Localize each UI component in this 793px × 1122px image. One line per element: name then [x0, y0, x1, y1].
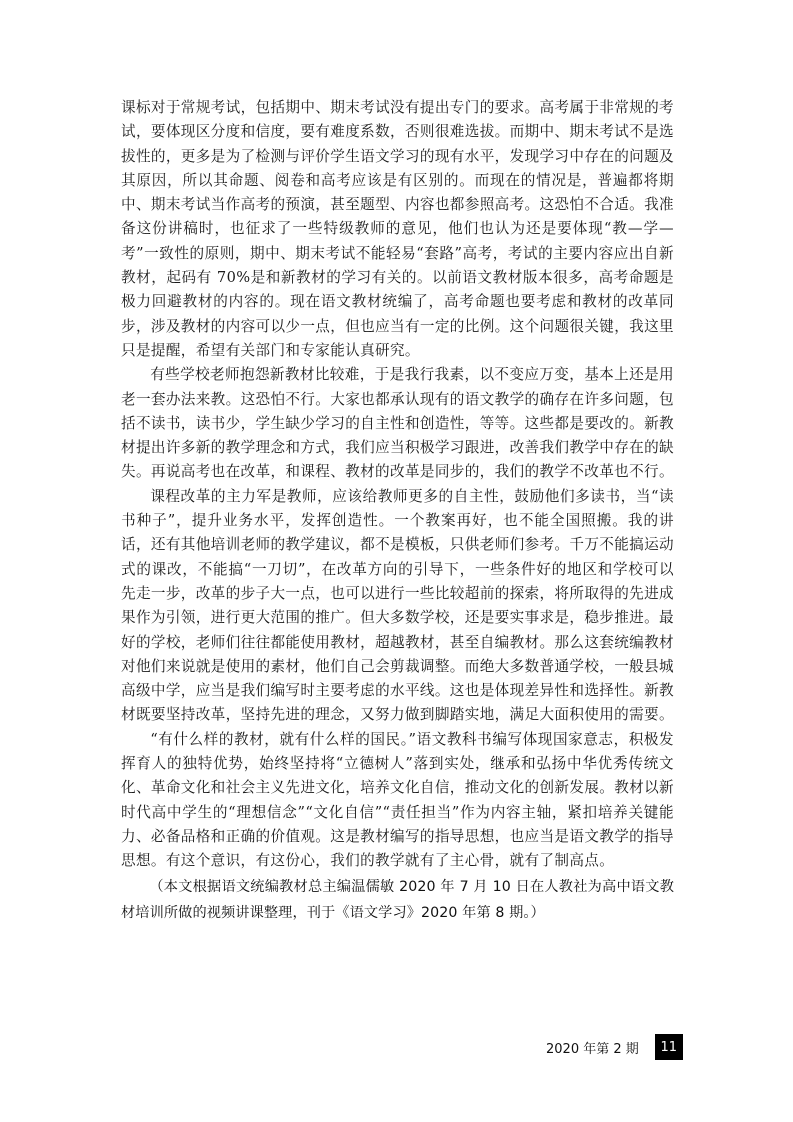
paragraph-teacher-autonomy: 课程改革的主力军是教师，应该给教师更多的自主性，鼓励他们多读书，当“读书种子”，… [121, 485, 674, 728]
paragraph-exam-requirements: 课标对于常规考试，包括期中、期末考试没有提出专门的要求。高考属于非常规的考试，要… [121, 96, 674, 363]
article-body: 课标对于常规考试，包括期中、期末考试没有提出专门的要求。高考属于非常规的考试，要… [121, 96, 674, 926]
issue-label: 2020 年第 2 期 [546, 1038, 639, 1057]
source-note: （本文根据语文统编教材总主编温儒敏 2020 年 7 月 10 日在人教社为高中… [121, 874, 674, 926]
paragraph-new-textbook-difficulty: 有些学校老师抱怨新教材比较难，于是我行我素，以不变应万变，基本上还是用老一套办法… [121, 363, 674, 484]
paragraph-guiding-ideology: “有什么样的教材，就有什么样的国民。”语文教科书编写体现国家意志，积极发挥育人的… [121, 728, 674, 874]
page-number-badge: 11 [655, 1034, 683, 1060]
page-footer: 2020 年第 2 期 11 [546, 1034, 683, 1060]
